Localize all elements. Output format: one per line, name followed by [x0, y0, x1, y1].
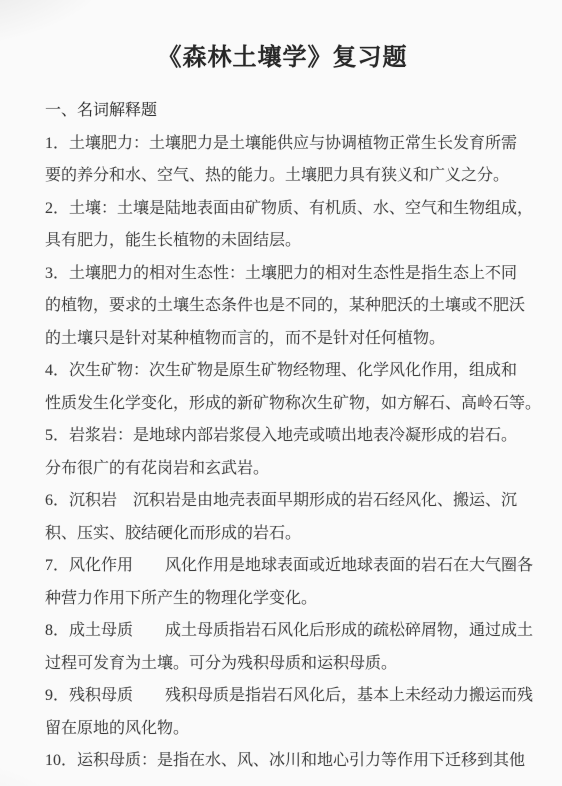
text-line: 过程可发育为土壤。可分为残积母质和运积母质。 — [45, 648, 520, 681]
definition-item: 5．岩浆岩：是地球内部岩浆侵入地壳或喷出地表冷凝形成的岩石。分布很广的有花岗岩和… — [45, 420, 520, 485]
text-line: 分布很广的有花岗岩和玄武岩。 — [45, 453, 520, 486]
text-line: 具有肥力，能生长植物的未固结层。 — [45, 225, 520, 258]
definition-item: 4．次生矿物：次生矿物是原生矿物经物理、化学风化作用，组成和性质发生化学变化，形… — [45, 355, 520, 420]
text-line: 5．岩浆岩：是地球内部岩浆侵入地壳或喷出地表冷凝形成的岩石。 — [45, 420, 520, 453]
definition-item: 2．土壤：土壤是陆地表面由矿物质、有机质、水、空气和生物组成，具有肥力，能生长植… — [45, 193, 520, 258]
definition-list: 1．土壤肥力：土壤肥力是土壤能供应与协调植物正常生长发育所需要的养分和水、空气、… — [45, 128, 520, 778]
definition-item: 1．土壤肥力：土壤肥力是土壤能供应与协调植物正常生长发育所需要的养分和水、空气、… — [45, 128, 520, 193]
definition-item: 8．成土母质 成土母质指岩石风化后形成的疏松碎屑物，通过成土过程可发育为土壤。可… — [45, 615, 520, 680]
definition-item: 10．运积母质：是指在水、风、冰川和地心引力等作用下迁移到其他 — [45, 745, 520, 778]
text-line: 1．土壤肥力：土壤肥力是土壤能供应与协调植物正常生长发育所需 — [45, 128, 520, 161]
document-body: 一、名词解释题 1．土壤肥力：土壤肥力是土壤能供应与协调植物正常生长发育所需要的… — [45, 95, 520, 778]
text-line: 9．残积母质 残积母质是指岩石风化后，基本上未经动力搬运而残 — [45, 680, 520, 713]
text-line: 4．次生矿物：次生矿物是原生矿物经物理、化学风化作用，组成和 — [45, 355, 520, 388]
page-title: 《森林土壤学》复习题 — [45, 40, 520, 76]
section-heading: 一、名词解释题 — [45, 95, 520, 128]
text-line: 的土壤只是针对某种植物而言的，而不是针对任何植物。 — [45, 323, 520, 356]
text-line: 6．沉积岩 沉积岩是由地壳表面早期形成的岩石经风化、搬运、沉 — [45, 485, 520, 518]
text-line: 8．成土母质 成土母质指岩石风化后形成的疏松碎屑物，通过成土 — [45, 615, 520, 648]
text-line: 3．土壤肥力的相对生态性：土壤肥力的相对生态性是指生态上不同 — [45, 258, 520, 291]
definition-item: 3．土壤肥力的相对生态性：土壤肥力的相对生态性是指生态上不同的植物，要求的土壤生… — [45, 258, 520, 356]
text-line: 积、压实、胶结硬化而形成的岩石。 — [45, 518, 520, 551]
definition-item: 9．残积母质 残积母质是指岩石风化后，基本上未经动力搬运而残留在原地的风化物。 — [45, 680, 520, 745]
text-line: 10．运积母质：是指在水、风、冰川和地心引力等作用下迁移到其他 — [45, 745, 520, 778]
definition-item: 7．风化作用 风化作用是地球表面或近地球表面的岩石在大气圈各种营力作用下所产生的… — [45, 550, 520, 615]
text-line: 要的养分和水、空气、热的能力。土壤肥力具有狭义和广义之分。 — [45, 160, 520, 193]
document-page: 《森林土壤学》复习题 一、名词解释题 1．土壤肥力：土壤肥力是土壤能供应与协调植… — [0, 0, 562, 778]
text-line: 留在原地的风化物。 — [45, 713, 520, 746]
text-line: 性质发生化学变化，形成的新矿物称次生矿物，如方解石、高岭石等。 — [45, 388, 520, 421]
text-line: 7．风化作用 风化作用是地球表面或近地球表面的岩石在大气圈各 — [45, 550, 520, 583]
definition-item: 6．沉积岩 沉积岩是由地壳表面早期形成的岩石经风化、搬运、沉积、压实、胶结硬化而… — [45, 485, 520, 550]
text-line: 种营力作用下所产生的物理化学变化。 — [45, 583, 520, 616]
text-line: 2．土壤：土壤是陆地表面由矿物质、有机质、水、空气和生物组成， — [45, 193, 520, 226]
text-line: 的植物，要求的土壤生态条件也是不同的，某种肥沃的土壤或不肥沃 — [45, 290, 520, 323]
